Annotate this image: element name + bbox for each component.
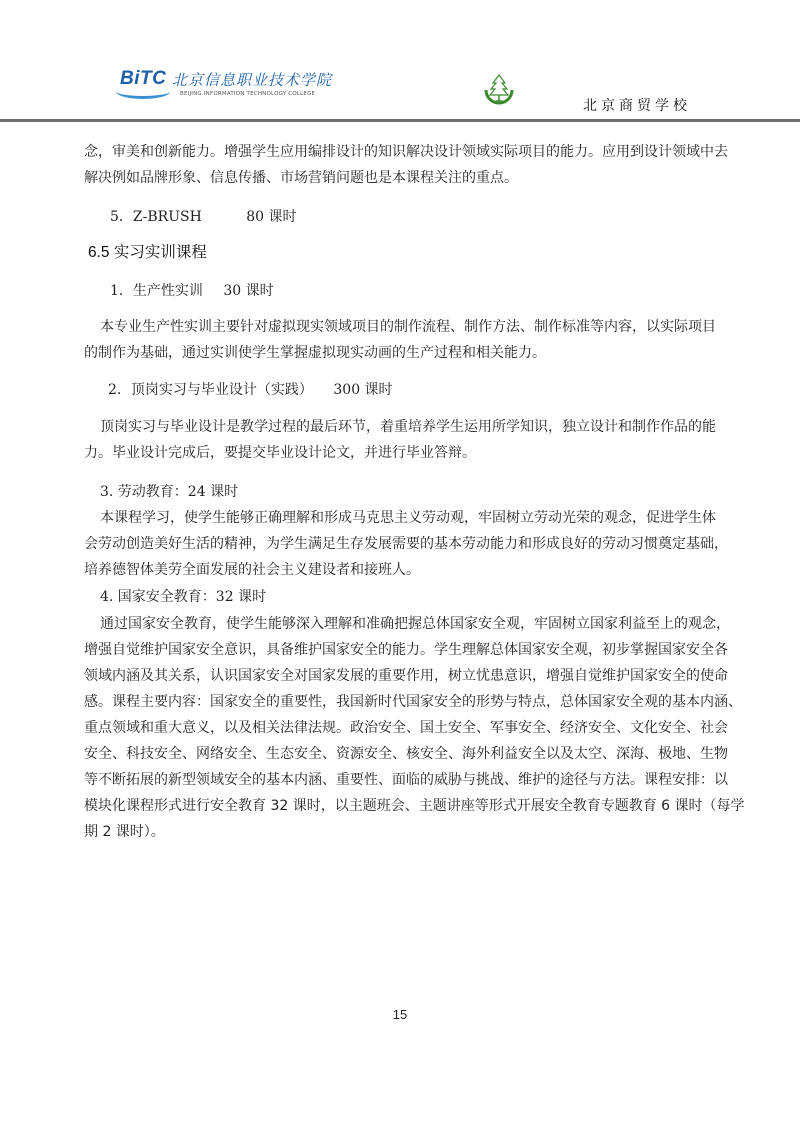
section-heading: 6.5 实习实训课程 (88, 243, 207, 263)
course-label: 5．Z-BRUSH (110, 209, 202, 225)
page-number: 15 (0, 1007, 800, 1022)
paragraph-line: 增强自觉维护国家安全意识，具备维护国家安全的能力。学生理解总体国家安全观，初步掌… (84, 640, 728, 660)
paragraph-line: 领域内涵及其关系，认识国家安全对国家发展的重要作用，树立忧患意识，增强自觉维护国… (84, 666, 728, 686)
paragraph-line: 期 2 课时）。 (84, 822, 165, 842)
course-item-zbrush: 5．Z-BRUSH 80 课时 (110, 207, 297, 227)
course-hours: 80 课时 (246, 207, 296, 227)
paragraph-line: 重点领域和重大意义，以及相关法律法规。政治安全、国土安全、军事安全、经济安全、文… (84, 718, 728, 738)
paragraph-line: 的制作为基础，通过实训使学生掌握虚拟现实动画的生产过程和相关能力。 (84, 343, 546, 363)
paragraph-line: 会劳动创造美好生活的精神，为学生满足生存发展需要的基本劳动能力和形成良好的劳动习… (84, 534, 728, 554)
header-divider (0, 119, 800, 122)
tree-emblem-icon (482, 72, 516, 108)
paragraph-line: 念，审美和创新能力。增强学生应用编排设计的知识解决设计领域实际项目的能力。应用到… (84, 142, 728, 162)
item-heading-labor-education: 3. 劳动教育：24 课时 (100, 482, 238, 502)
item-heading-national-security: 4. 国家安全教育：32 课时 (100, 587, 266, 607)
paragraph-line: 安全、科技安全、网络安全、生态安全、资源安全、核安全、海外利益安全以及太空、深海… (84, 744, 728, 764)
item-label: 2．顶岗实习与毕业设计（实践） (108, 382, 313, 398)
college-name-en: BEIJING INFORMATION TECHNOLOGY COLLEGE (180, 91, 315, 97)
paragraph-line: 本专业生产性实训主要针对虚拟现实领域项目的制作流程、制作方法、制作标准等内容，以… (100, 317, 716, 337)
college-name-cn: 北京信息职业技术学院 (172, 69, 332, 90)
item-heading-production-training: 1．生产性实训 30 课时 (110, 281, 274, 301)
paragraph-line: 模块化课程形式进行安全教育 32 课时，以主题班会、主题讲座等形式开展安全教育专… (84, 796, 745, 816)
page-header: BiTC 北京信息职业技术学院 BEIJING INFORMATION TECH… (0, 0, 800, 124)
school-name: 北京商贸学校 (583, 95, 691, 115)
paragraph-line: 感。课程主要内容：国家安全的重要性，我国新时代国家安全的形势与特点，总体国家安全… (84, 692, 742, 712)
bitc-mark: BiTC (120, 68, 166, 90)
paragraph-line: 解决例如品牌形象、信息传播、市场营销问题也是本课程关注的重点。 (84, 168, 518, 188)
item-heading-internship: 2．顶岗实习与毕业设计（实践） 300 课时 (108, 380, 393, 400)
paragraph-line: 等不断拓展的新型领域安全的基本内涵、重要性、面临的威胁与挑战、维护的途径与方法。… (84, 770, 728, 790)
paragraph-line: 本课程学习，使学生能够正确理解和形成马克思主义劳动观，牢固树立劳动光荣的观念，促… (100, 508, 716, 528)
paragraph-line: 力。毕业设计完成后，要提交毕业设计论文，并进行毕业答辩。 (84, 443, 476, 463)
item-hours: 30 课时 (223, 281, 273, 301)
item-label: 1．生产性实训 (110, 283, 203, 299)
bitc-logo: BiTC 北京信息职业技术学院 BEIJING INFORMATION TECH… (120, 68, 320, 104)
paragraph-line: 通过国家安全教育，使学生能够深入理解和准确把握总体国家安全观，牢固树立国家利益至… (100, 614, 730, 634)
paragraph-line: 顶岗实习与毕业设计是教学过程的最后环节，着重培养学生运用所学知识，独立设计和制作… (100, 417, 716, 437)
item-hours: 300 课时 (333, 380, 392, 400)
paragraph-line: 培养德智体美劳全面发展的社会主义建设者和接班人。 (84, 560, 420, 580)
